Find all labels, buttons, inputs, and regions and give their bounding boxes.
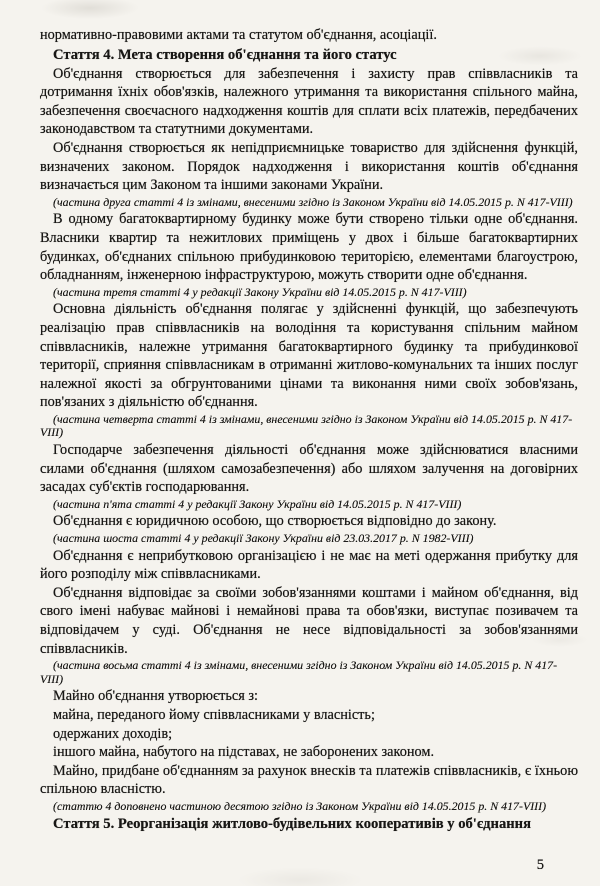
paragraph: Об'єднання відповідає за своїми зобов'яз…: [40, 584, 578, 658]
amendment-note: (частина п'ята статті 4 у редакції Закон…: [40, 498, 578, 512]
page-number: 5: [537, 857, 544, 874]
paragraph: іншого майна, набутого на підставах, не …: [40, 743, 578, 762]
amendment-note: (частина шоста статті 4 у редакції Закон…: [40, 532, 578, 546]
amendment-note: (частина восьма статті 4 із змінами, вне…: [40, 659, 578, 686]
amendment-note: (частина четверта статті 4 із змінами, в…: [40, 413, 578, 440]
paragraph: одержаних доходів;: [40, 725, 578, 744]
document-content: нормативно-правовими актами та статутом …: [40, 26, 578, 834]
paragraph: Об'єднання створюється для забезпечення …: [40, 65, 578, 139]
amendment-note: (частина друга статті 4 із змінами, внес…: [40, 196, 578, 210]
paragraph: В одному багатоквартирному будинку може …: [40, 210, 578, 284]
paragraph: Об'єднання є юридичною особою, що створю…: [40, 512, 578, 531]
article-heading: Стаття 5. Реорганізація житлово-будівель…: [40, 815, 578, 834]
article-heading: Стаття 4. Мета створення об'єднання та й…: [40, 46, 578, 65]
amendment-note: (статтю 4 доповнено частиною десятою згі…: [40, 800, 578, 814]
paragraph: Основна діяльність об'єднання полягає у …: [40, 300, 578, 412]
paragraph: майна, переданого йому співвласниками у …: [40, 706, 578, 725]
paragraph: Об'єднання створюється як непідприємниць…: [40, 139, 578, 195]
paragraph: Майно об'єднання утворюється з:: [40, 687, 578, 706]
scanned-document-page: нормативно-правовими актами та статутом …: [0, 0, 600, 886]
amendment-note: (частина третя статті 4 у редакції Закон…: [40, 286, 578, 300]
paragraph: нормативно-правовими актами та статутом …: [40, 26, 578, 45]
paragraph: Майно, придбане об'єднанням за рахунок в…: [40, 762, 578, 799]
paragraph: Господарче забезпечення діяльності об'єд…: [40, 441, 578, 497]
paragraph: Об'єднання є неприбутковою організацією …: [40, 547, 578, 584]
